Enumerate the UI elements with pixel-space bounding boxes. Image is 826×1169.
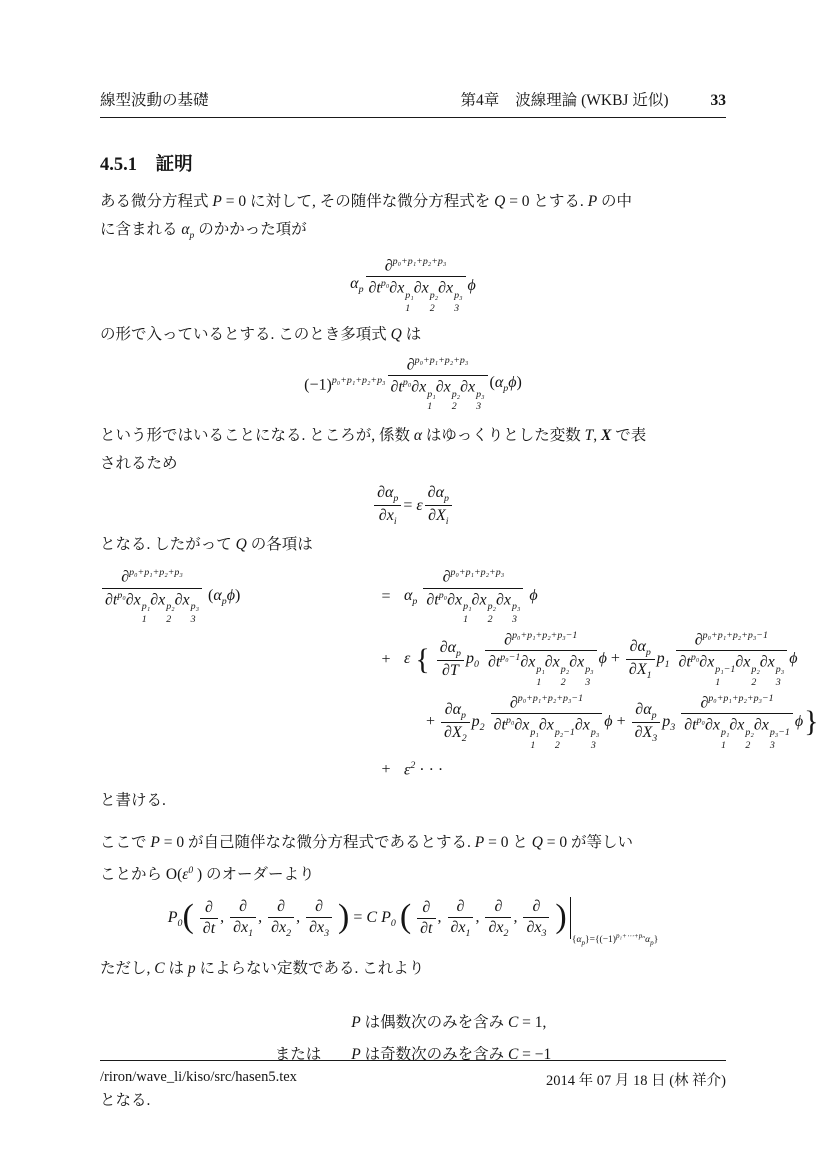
expansion-order0: αp ∂p₀+p₁+p₂+p₃ ∂tp₀∂xp₁1∂xp₂2∂xp₃3 ϕ <box>404 567 820 626</box>
evaluation-bar <box>570 897 571 939</box>
equation-q-expansion: ∂p₀+p₁+p₂+p₃ ∂tp₀∂xp₁1∂xp₂2∂xp₃3 (αpϕ) =… <box>100 567 726 781</box>
page-content: 線型波動の基礎 第4章 波線理論 (WKBJ 近似) 33 4.5.1 証明 あ… <box>0 0 826 1115</box>
text-line: ある微分方程式 P = 0 に対して, その随伴な微分方程式を Q = 0 とす… <box>100 188 726 216</box>
text-line: という形ではいることになる. ところが, 係数 α はゆっくりとした変数 T, … <box>100 422 726 450</box>
expansion-order1b: + ∂αp ∂X2 p2 ∂p₀+p₁+p₂+p₃−1 ∂tp₀∂xp₁1∂xp… <box>404 693 820 752</box>
text-line: と書ける. <box>100 787 726 815</box>
parity-even-line: P は偶数次のみを含み C = 1, <box>351 1007 551 1039</box>
footer-date: 2014 年 07 月 18 日 (林 祥介) <box>546 1069 726 1090</box>
fraction: ∂p₀+p₁+p₂+p₃ ∂tp₀∂xp₁1∂xp₂2∂xp₃3 <box>102 567 202 626</box>
fraction: ∂∂x2 <box>268 898 294 939</box>
paragraph: という形ではいることになる. ところが, 係数 α はゆっくりとした変数 T, … <box>100 422 726 478</box>
equals-epsilon: = ε <box>403 497 422 515</box>
equation-slow-variable: ∂αp ∂xi = ε ∂αp ∂Xi <box>100 484 726 527</box>
expansion-lhs: ∂p₀+p₁+p₂+p₃ ∂tp₀∂xp₁1∂xp₂2∂xp₃3 (αpϕ) <box>100 567 368 626</box>
text-line: となる. したがって Q の各項は <box>100 531 726 559</box>
fraction: ∂αp ∂xi <box>374 484 401 527</box>
header-doc-title: 線型波動の基礎 <box>100 88 460 110</box>
paragraph: と書ける. <box>100 787 726 815</box>
big-left-brace: { <box>414 643 430 676</box>
page-footer: /riron/wave_li/kiso/src/hasen5.tex 2014 … <box>100 1060 726 1090</box>
fraction: ∂∂x1 <box>448 898 474 939</box>
fraction: ∂αp ∂X1 <box>626 638 655 681</box>
plus-sign: + <box>368 651 404 669</box>
paragraph: となる. <box>100 1087 726 1115</box>
big-left-paren: ( <box>400 898 411 935</box>
footer-source-path: /riron/wave_li/kiso/src/hasen5.tex <box>100 1069 546 1090</box>
paragraph: の形で入っているとする. このとき多項式 Q は <box>100 321 726 349</box>
fraction: ∂∂x3 <box>306 898 332 939</box>
equation-coefficient: αp <box>350 275 363 295</box>
equation-tail: (αpϕ) <box>490 374 522 394</box>
fraction: ∂p₀+p₁+p₂+p₃−1 ∂tp₀∂xp₁1∂xp₂−12∂xp₃3 <box>491 693 603 752</box>
plus-sign: + <box>368 757 404 781</box>
page-header: 線型波動の基礎 第4章 波線理論 (WKBJ 近似) 33 <box>100 88 726 118</box>
text-line: ここで P = 0 が自己随伴なな微分方程式であるとする. P = 0 と Q … <box>100 829 726 857</box>
fraction: ∂αp ∂X3 <box>632 701 661 744</box>
header-page-number: 33 <box>711 92 727 110</box>
expansion-order1a: ε { ∂αp ∂T p0 ∂p₀+p₁+p₂+p₃−1 ∂tp₀−1∂xp₁1… <box>404 630 820 689</box>
fraction: ∂∂x2 <box>485 898 511 939</box>
big-right-brace: } <box>803 705 819 738</box>
section-title: 証明 <box>156 155 193 175</box>
section-heading: 4.5.1 証明 <box>100 150 726 176</box>
fraction: ∂∂t <box>417 899 435 938</box>
empty-cell <box>275 1007 322 1039</box>
equation-alpha-term: αp ∂p₀+p₁+p₂+p₃ ∂tp₀∂xp₁1∂xp₂2∂xp₃3 ϕ <box>100 256 726 315</box>
text-line: ただし, C は p によらない定数である. これより <box>100 955 726 983</box>
big-right-paren: ) <box>555 898 566 935</box>
fraction: ∂p₀+p₁+p₂+p₃−1 ∂tp₀∂xp₁−11∂xp₂2∂xp₃3 <box>676 630 788 689</box>
fraction: ∂αp ∂X2 <box>441 701 470 744</box>
fraction: ∂∂x1 <box>230 898 256 939</box>
equation-coefficient: (−1)p₀+p₁+p₂+p₃ <box>304 375 385 394</box>
fraction: ∂αp ∂Xi <box>425 484 452 527</box>
equation-adjoint-term: (−1)p₀+p₁+p₂+p₃ ∂p₀+p₁+p₂+p₃ ∂tp₀∂xp₁1∂x… <box>100 355 726 414</box>
section-number: 4.5.1 <box>100 155 137 175</box>
fraction: ∂∂x3 <box>523 898 549 939</box>
paragraph-intro: ある微分方程式 P = 0 に対して, その随伴な微分方程式を Q = 0 とす… <box>100 188 726 250</box>
paragraph: ただし, C は p によらない定数である. これより <box>100 955 726 983</box>
evaluation-condition: {αp}={(−1)p₁+⋯+pₙαp} <box>572 935 658 945</box>
text-line: ことから O(ε0 ) のオーダーより <box>100 857 726 889</box>
text-line: となる. <box>100 1087 726 1115</box>
text-line: の形で入っているとする. このとき多項式 Q は <box>100 321 726 349</box>
header-chapter: 第4章 <box>460 88 499 110</box>
equation-p0-identity: P0( ∂∂t, ∂∂x1, ∂∂x2, ∂∂x3 ) = C P0 ( ∂∂t… <box>100 897 726 947</box>
equals-cp0: = C P0 <box>353 909 395 926</box>
paragraph-self-adjoint: ここで P = 0 が自己随伴なな微分方程式であるとする. P = 0 と Q … <box>100 829 726 889</box>
header-chapter-title: 波線理論 (WKBJ 近似) <box>515 88 668 110</box>
text-line: されるため <box>100 450 726 478</box>
equation-tail: ϕ <box>468 277 476 295</box>
fraction: ∂p₀+p₁+p₂+p₃−1 ∂tp₀−1∂xp₁1∂xp₂2∂xp₃3 <box>485 630 597 689</box>
equals-sign: = <box>368 588 404 606</box>
fraction: ∂p₀+p₁+p₂+p₃ ∂tp₀∂xp₁1∂xp₂2∂xp₃3 <box>423 567 523 626</box>
fraction: ∂∂t <box>200 899 218 938</box>
big-right-paren: ) <box>338 898 349 935</box>
expansion-order2: ε2 · · · <box>404 756 820 781</box>
fraction: ∂p₀+p₁+p₂+p₃−1 ∂tp₀∂xp₁1∂xp₂2∂xp₃−13 <box>681 693 793 752</box>
fraction: ∂p₀+p₁+p₂+p₃ ∂tp₀∂xp₁1∂xp₂2∂xp₃3 <box>388 355 488 414</box>
big-left-paren: ( <box>182 898 193 935</box>
paragraph: となる. したがって Q の各項は <box>100 531 726 559</box>
fraction: ∂p₀+p₁+p₂+p₃ ∂tp₀∂xp₁1∂xp₂2∂xp₃3 <box>366 256 466 315</box>
fraction: ∂αp ∂T <box>437 639 464 680</box>
text-line: に含まれる αp のかかった項が <box>100 216 726 250</box>
document-page: 線型波動の基礎 第4章 波線理論 (WKBJ 近似) 33 4.5.1 証明 あ… <box>0 0 826 1169</box>
